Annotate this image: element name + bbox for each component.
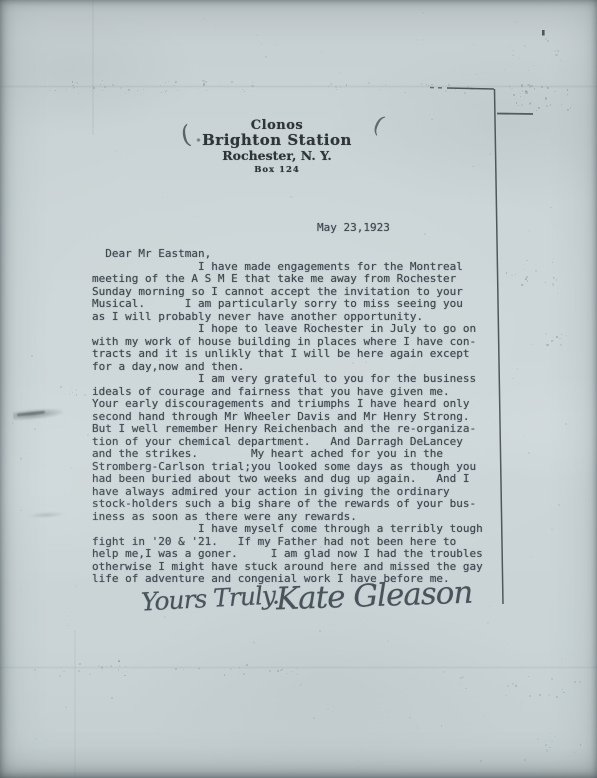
letterhead-city: Rochester, N. Y. <box>177 148 377 163</box>
date-line: May 23,1923 <box>317 221 390 234</box>
margin-smudge <box>13 407 64 421</box>
fold-crease-horizontal-bottom <box>0 666 597 669</box>
fold-crease-horizontal-top <box>0 85 597 88</box>
letterhead-station: Brighton Station <box>177 131 377 149</box>
signature-handwriting: Kate Gleason <box>275 575 472 618</box>
letterhead-box: Box 124 <box>177 165 377 175</box>
letterhead: Clonos Brighton Station Rochester, N. Y.… <box>177 118 377 180</box>
fold-crease-vertical-top <box>92 0 94 135</box>
margin-smudge-core <box>17 411 45 417</box>
margin-smudge-faint <box>28 511 64 519</box>
fold-crease-vertical-bottom <box>74 630 76 778</box>
valediction-handwriting: Yours Truly. <box>140 580 279 616</box>
letter-body: Dear Mr Eastman, I have made engagements… <box>92 248 483 586</box>
scanned-letter-page: Clonos Brighton Station Rochester, N. Y.… <box>0 0 597 778</box>
